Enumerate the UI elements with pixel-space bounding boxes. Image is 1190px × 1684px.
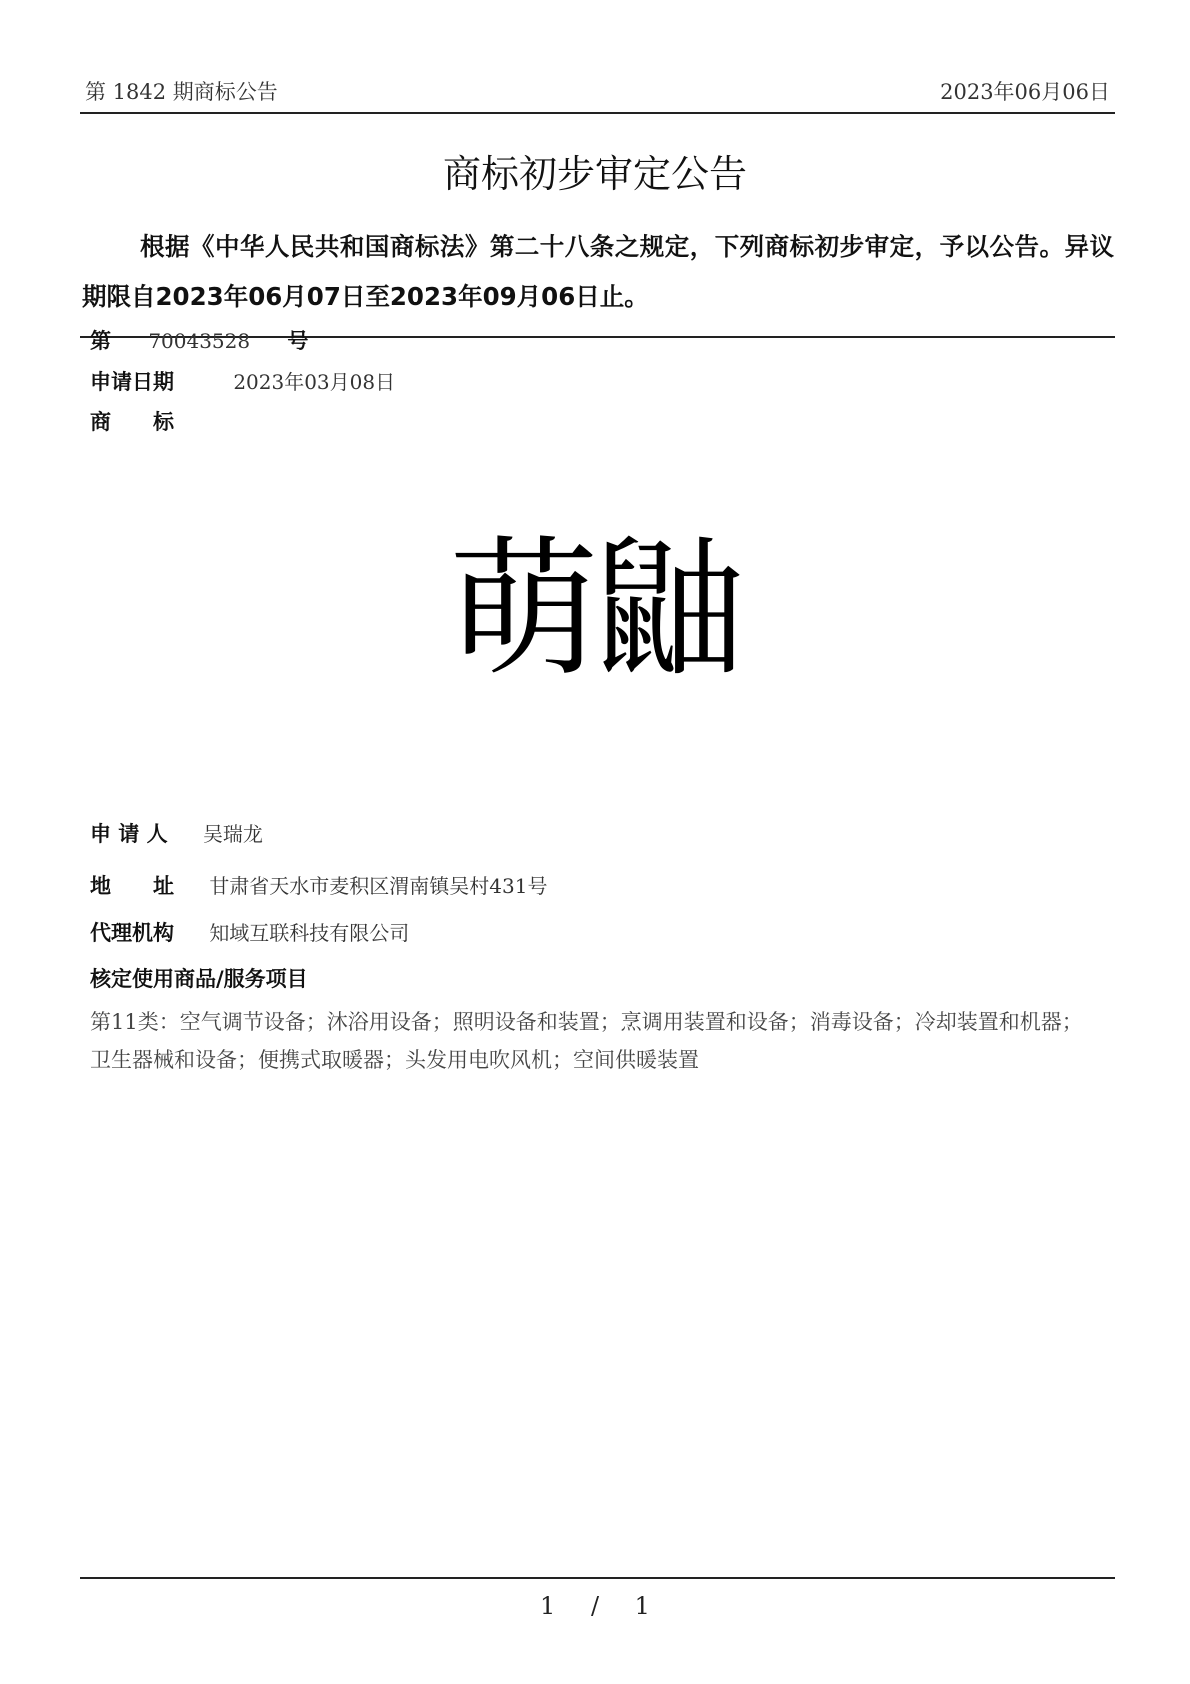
number-prefix-label: 第 xyxy=(90,329,111,353)
goods-services-label: 核定使用商品/服务项目 xyxy=(90,963,308,993)
application-date-value: 2023年03月08日 xyxy=(233,370,395,394)
agency-label: 代理机构 xyxy=(90,921,174,945)
goods-services-list: 第11类：空气调节设备；沐浴用设备；照明设备和装置；烹调用装置和设备；消毒设备；… xyxy=(90,1003,1100,1079)
applicant-value: 吴瑞龙 xyxy=(203,822,263,846)
address-row: 地 址 甘肃省天水市麦积区渭南镇吴村431号 xyxy=(90,870,548,900)
application-date-label: 申请日期 xyxy=(90,370,174,394)
page-title: 商标初步审定公告 xyxy=(0,143,1190,198)
issue-number: 第 1842 期商标公告 xyxy=(85,76,278,106)
address-label: 地 址 xyxy=(90,874,174,898)
issue-date: 2023年06月06日 xyxy=(940,76,1110,106)
page-number: 1 / 1 xyxy=(0,1592,1190,1620)
trademark-label: 商 标 xyxy=(90,406,174,436)
agency-value: 知域互联科技有限公司 xyxy=(209,921,409,945)
applicant-row: 申 请 人 吴瑞龙 xyxy=(90,818,263,848)
footer-divider xyxy=(80,1577,1115,1579)
trademark-image-text: 萌鼬 xyxy=(0,535,1190,685)
application-date-row: 申请日期 2023年03月08日 xyxy=(90,366,395,396)
address-value: 甘肃省天水市麦积区渭南镇吴村431号 xyxy=(209,874,547,898)
header-divider xyxy=(80,112,1115,114)
applicant-label: 申 请 人 xyxy=(90,822,168,846)
registration-number-row: 第 70043528 号 xyxy=(90,325,308,355)
intro-paragraph: 根据《中华人民共和国商标法》第二十八条之规定，下列商标初步审定，予以公告。异议期… xyxy=(82,222,1114,322)
number-suffix-label: 号 xyxy=(287,329,308,353)
registration-number: 70043528 xyxy=(148,329,250,353)
agency-row: 代理机构 知域互联科技有限公司 xyxy=(90,917,409,947)
